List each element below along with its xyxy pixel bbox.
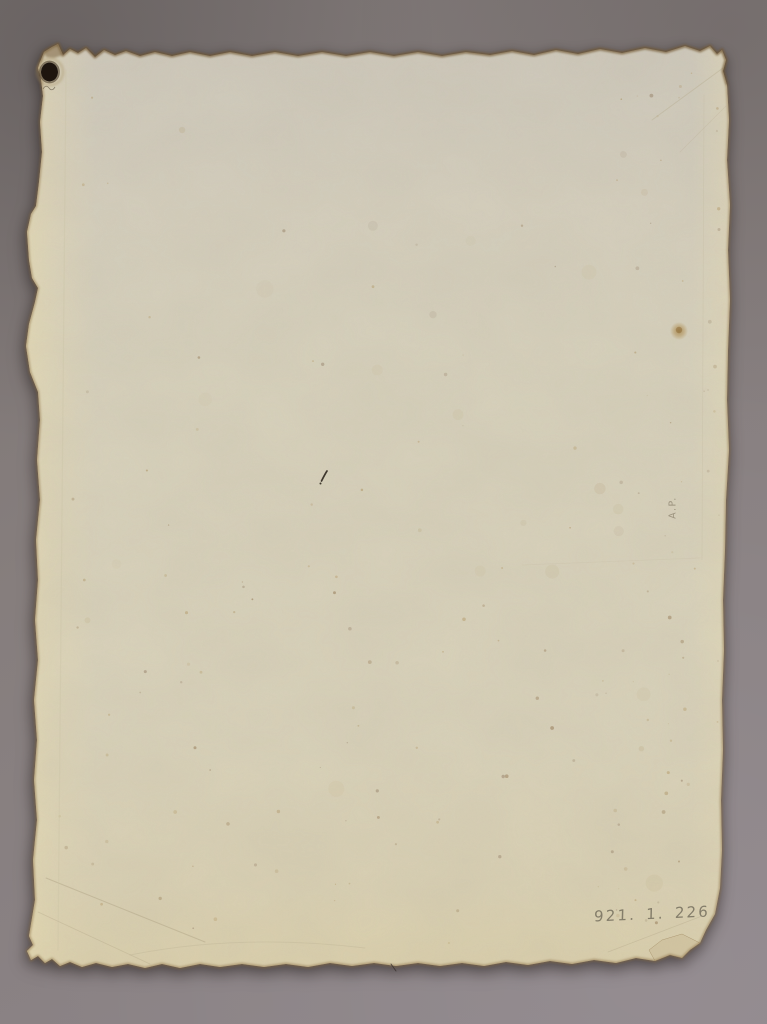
brown-stain [670, 322, 688, 340]
collector-monogram-stamp: A.P. [668, 491, 679, 525]
paper-grain-texture [0, 0, 767, 1024]
paper-photo [0, 0, 767, 1024]
photo-backdrop: 921. 1. 226 A.P. [0, 0, 767, 1024]
paper-sheet [0, 0, 767, 1024]
punch-hole [37, 59, 63, 85]
